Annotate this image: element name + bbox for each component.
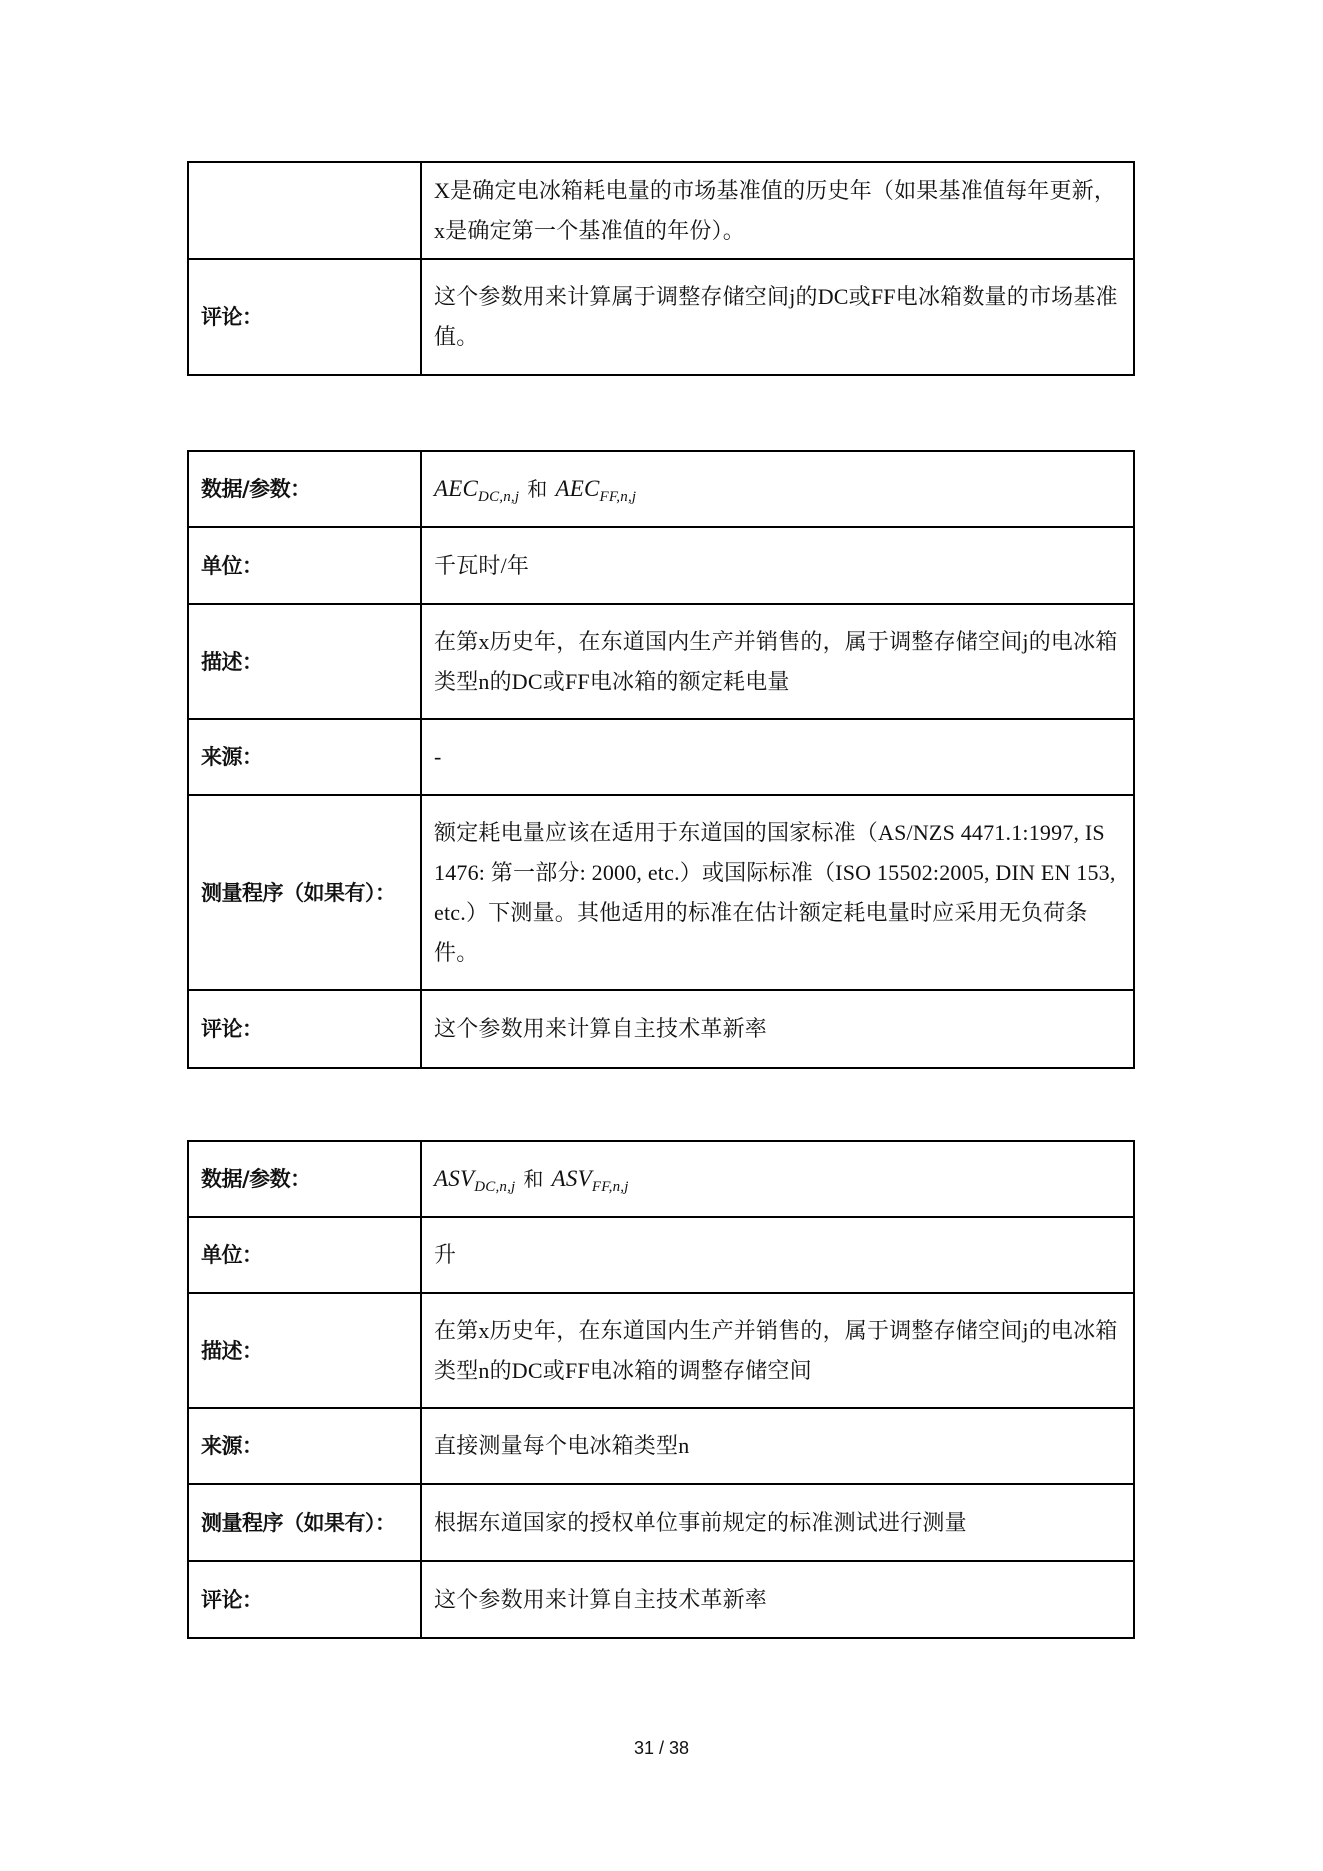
table-row: 来源： 直接测量每个电冰箱类型n xyxy=(188,1408,1134,1484)
parameter-symbol: AECDC,n,j和AECFF,n,j xyxy=(421,451,1134,527)
table-row: 单位： 千瓦时/年 xyxy=(188,527,1134,604)
row-value: 额定耗电量应该在适用于东道国的国家标准（AS/NZS 4471.1:1997, … xyxy=(421,795,1134,990)
table-row: 来源： - xyxy=(188,719,1134,795)
row-label: 来源： xyxy=(188,1408,421,1484)
page-number: 31 / 38 xyxy=(0,1738,1323,1759)
row-value: 这个参数用来计算自主技术革新率 xyxy=(421,990,1134,1068)
row-label: 评论： xyxy=(188,990,421,1068)
table-row: 评论： 这个参数用来计算自主技术革新率 xyxy=(188,990,1134,1068)
table-row: 测量程序（如果有）： 额定耗电量应该在适用于东道国的国家标准（AS/NZS 44… xyxy=(188,795,1134,990)
parameter-table-aec: 数据/参数： AECDC,n,j和AECFF,n,j 单位： 千瓦时/年 描述：… xyxy=(187,450,1135,1069)
parameter-table-asv: 数据/参数： ASVDC,n,j和ASVFF,n,j 单位： 升 描述： 在第x… xyxy=(187,1140,1135,1639)
parameter-table-continued: X是确定电冰箱耗电量的市场基准值的历史年（如果基准值每年更新，x是确定第一个基准… xyxy=(187,161,1135,376)
conjunction: 和 xyxy=(527,479,547,501)
row-value: X是确定电冰箱耗电量的市场基准值的历史年（如果基准值每年更新，x是确定第一个基准… xyxy=(421,162,1134,259)
table-row: 数据/参数： AECDC,n,j和AECFF,n,j xyxy=(188,451,1134,527)
row-label: 数据/参数： xyxy=(188,1141,421,1217)
row-value: 这个参数用来计算自主技术革新率 xyxy=(421,1561,1134,1638)
row-label: 数据/参数： xyxy=(188,451,421,527)
row-label: 来源： xyxy=(188,719,421,795)
row-label: 测量程序（如果有）： xyxy=(188,1484,421,1561)
row-value: 在第x历史年，在东道国内生产并销售的，属于调整存储空间j的电冰箱类型n的DC或F… xyxy=(421,604,1134,719)
row-label xyxy=(188,162,421,259)
math-symbol-b: AECFF,n,j xyxy=(555,476,636,501)
row-label: 描述： xyxy=(188,1293,421,1408)
table-row: 数据/参数： ASVDC,n,j和ASVFF,n,j xyxy=(188,1141,1134,1217)
row-value: 直接测量每个电冰箱类型n xyxy=(421,1408,1134,1484)
row-value: 这个参数用来计算属于调整存储空间j的DC或FF电冰箱数量的市场基准值。 xyxy=(421,259,1134,375)
row-label: 单位： xyxy=(188,527,421,604)
table-row: 评论： 这个参数用来计算自主技术革新率 xyxy=(188,1561,1134,1638)
row-label: 测量程序（如果有）： xyxy=(188,795,421,990)
math-symbol-a: ASVDC,n,j xyxy=(434,1166,515,1191)
conjunction: 和 xyxy=(523,1169,543,1191)
math-symbol-b: ASVFF,n,j xyxy=(552,1166,629,1191)
table-row: 测量程序（如果有）： 根据东道国家的授权单位事前规定的标准测试进行测量 xyxy=(188,1484,1134,1561)
row-label: 单位： xyxy=(188,1217,421,1293)
table-row: 描述： 在第x历史年，在东道国内生产并销售的，属于调整存储空间j的电冰箱类型n的… xyxy=(188,604,1134,719)
row-value: 升 xyxy=(421,1217,1134,1293)
table-row: 单位： 升 xyxy=(188,1217,1134,1293)
math-symbol-a: AECDC,n,j xyxy=(434,476,519,501)
row-label: 评论： xyxy=(188,1561,421,1638)
row-value: 根据东道国家的授权单位事前规定的标准测试进行测量 xyxy=(421,1484,1134,1561)
table-row: X是确定电冰箱耗电量的市场基准值的历史年（如果基准值每年更新，x是确定第一个基准… xyxy=(188,162,1134,259)
row-value: 在第x历史年，在东道国内生产并销售的，属于调整存储空间j的电冰箱类型n的DC或F… xyxy=(421,1293,1134,1408)
row-value: 千瓦时/年 xyxy=(421,527,1134,604)
row-label: 描述： xyxy=(188,604,421,719)
table-row: 描述： 在第x历史年，在东道国内生产并销售的，属于调整存储空间j的电冰箱类型n的… xyxy=(188,1293,1134,1408)
parameter-symbol: ASVDC,n,j和ASVFF,n,j xyxy=(421,1141,1134,1217)
row-label: 评论： xyxy=(188,259,421,375)
table-row: 评论： 这个参数用来计算属于调整存储空间j的DC或FF电冰箱数量的市场基准值。 xyxy=(188,259,1134,375)
row-value: - xyxy=(421,719,1134,795)
